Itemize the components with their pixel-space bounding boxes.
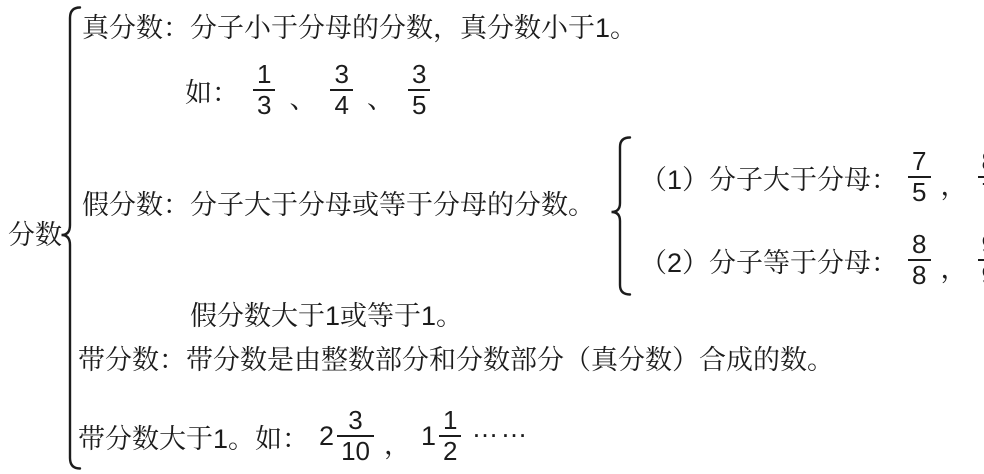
mixed-number: 1 1 2	[421, 406, 462, 466]
improper-case-1: （1）分子大于分母： 7 5 ， 8 7	[640, 142, 984, 212]
fraction: 7 5	[908, 147, 930, 207]
mixed-definition: 带分数：带分数是由整数部分和分数部分（真分数）合成的数。	[78, 344, 834, 376]
mixed-note-row: 带分数大于1。如： 2 3 10 ， 1 1 2 ……	[78, 403, 529, 469]
proper-examples-row: 如： 1 3 、 3 4 、 3 5	[185, 58, 430, 122]
root-label: 分数	[8, 219, 62, 251]
whole-part: 1	[421, 421, 436, 452]
list-comma: ，	[941, 247, 968, 286]
list-separator: 、	[367, 77, 394, 116]
mixed-number: 2 3 10	[319, 406, 374, 466]
improper-case-2: （2）分子等于分母： 8 8 ， 9 9	[640, 225, 984, 295]
fraction: 3 5	[408, 60, 430, 120]
main-brace	[60, 6, 82, 470]
improper-definition: 假分数：分子大于分母或等于分母的分数。	[82, 189, 595, 221]
example-prefix: 如：	[185, 71, 239, 110]
sub-brace	[610, 136, 632, 296]
mixed-note-prefix: 带分数大于1。如：	[78, 417, 309, 456]
list-comma: ，	[941, 164, 968, 203]
fraction: 9 9	[978, 230, 984, 290]
ellipsis: ……	[471, 413, 529, 444]
fraction-concept-diagram: 分数 真分数：分子小于分母的分数，真分数小于1。 如： 1 3 、 3 4 、 …	[0, 0, 984, 474]
fraction: 3 10	[337, 406, 374, 466]
case-prefix: （2）分子等于分母：	[640, 241, 898, 280]
case-prefix: （1）分子大于分母：	[640, 158, 898, 197]
fraction: 8 8	[908, 230, 930, 290]
list-comma: ，	[384, 423, 411, 462]
fraction: 1 3	[253, 60, 275, 120]
whole-part: 2	[319, 421, 334, 452]
proper-definition: 真分数：分子小于分母的分数，真分数小于1。	[82, 12, 637, 44]
improper-note: 假分数大于1或等于1。	[190, 300, 463, 332]
list-separator: 、	[289, 77, 316, 116]
fraction: 8 7	[978, 147, 984, 207]
fraction: 1 2	[439, 406, 461, 466]
fraction: 3 4	[330, 60, 352, 120]
